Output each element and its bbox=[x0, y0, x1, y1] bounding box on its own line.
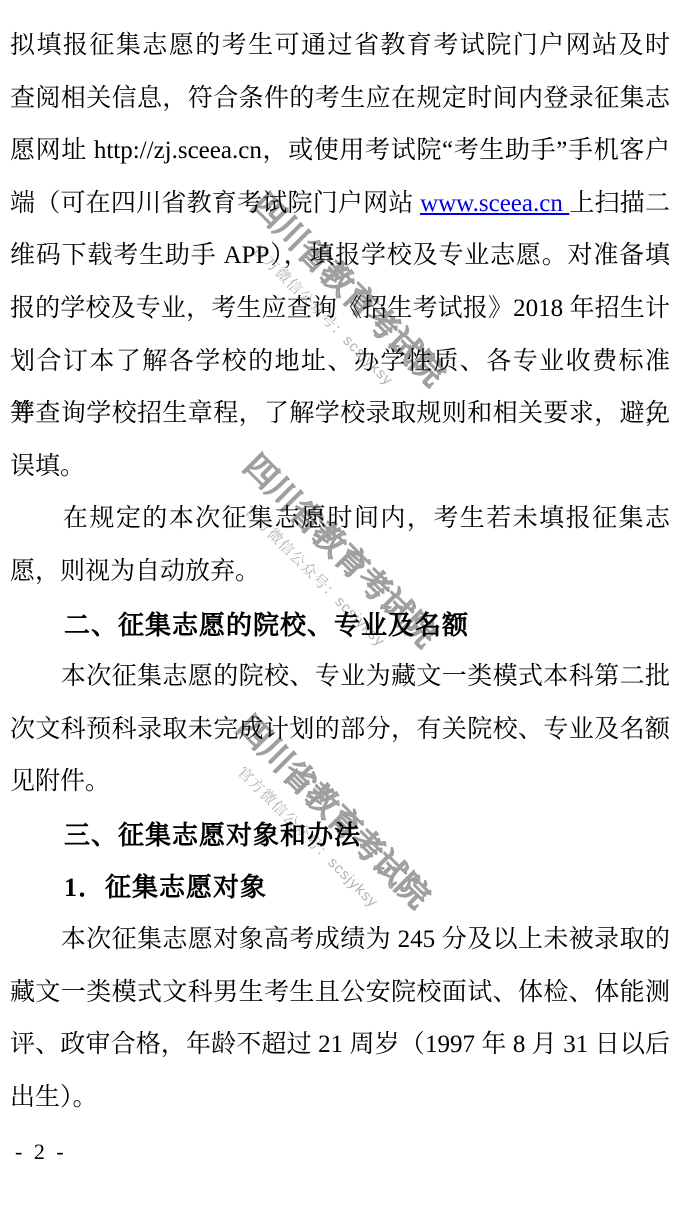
document-lines: 拟填报征集志愿的考生可通过省教育考试院门户网站及时查阅相关信息，符合条件的考生应… bbox=[10, 20, 670, 1124]
text-segment: 端（可在四川省教育考试院门户网站 bbox=[10, 190, 420, 217]
text-segment: 三、征集志愿对象和办法 bbox=[10, 820, 361, 850]
text-line: 三、征集志愿对象和办法 bbox=[10, 809, 670, 862]
text-line: 次文科预科录取未完成计划的部分，有关院校、专业及名额 bbox=[10, 704, 670, 757]
text-line: 在规定的本次征集志愿时间内，考生若未填报征集志 bbox=[10, 493, 670, 546]
text-segment: 在规定的本次征集志愿时间内，考生若未填报征集志 bbox=[10, 505, 670, 532]
text-segment: 维码下载考生助手 APP），填报学校及专业志愿。对准备填 bbox=[10, 242, 670, 269]
text-segment: 1．征集志愿对象 bbox=[10, 873, 267, 902]
text-line: 划合订本了解各学校的地址、办学性质、各专业收费标准等， bbox=[10, 336, 670, 389]
text-segment: 报的学校及专业，考生应查询《招生考试报》2018 年招生计 bbox=[10, 295, 670, 322]
document-page: 四川省教育考试院 官方微信公众号：scsjyksy 四川省教育考试院 官方微信公… bbox=[0, 0, 680, 1205]
text-segment: 藏文一类模式文科男生考生且公安院校面试、体检、体能测 bbox=[10, 979, 670, 1006]
document-content: 拟填报征集志愿的考生可通过省教育考试院门户网站及时查阅相关信息，符合条件的考生应… bbox=[0, 0, 680, 1166]
text-segment: 本次征集志愿对象高考成绩为 245 分及以上未被录取的 bbox=[10, 926, 670, 953]
text-line: 查阅相关信息，符合条件的考生应在规定时间内登录征集志 bbox=[10, 73, 670, 126]
text-segment: 查阅相关信息，符合条件的考生应在规定时间内登录征集志 bbox=[10, 85, 670, 112]
text-line: 藏文一类模式文科男生考生且公安院校面试、体检、体能测 bbox=[10, 967, 670, 1020]
text-segment: 本次征集志愿的院校、专业为藏文一类模式本科第二批 bbox=[10, 663, 670, 690]
text-segment: 次文科预科录取未完成计划的部分，有关院校、专业及名额 bbox=[10, 716, 670, 743]
text-line: 本次征集志愿对象高考成绩为 245 分及以上未被录取的 bbox=[10, 914, 670, 967]
text-line: 端（可在四川省教育考试院门户网站 www.sceea.cn 上扫描二 bbox=[10, 178, 670, 231]
text-line: 报的学校及专业，考生应查询《招生考试报》2018 年招生计 bbox=[10, 283, 670, 336]
text-segment: 评、政审合格，年龄不超过 21 周岁（1997 年 8 月 31 日以后 bbox=[10, 1031, 670, 1058]
text-line: 见附件。 bbox=[10, 756, 670, 809]
text-line: 愿网址 http://zj.sceea.cn，或使用考试院“考生助手”手机客户 bbox=[10, 125, 670, 178]
text-segment: 愿网址 http://zj.sceea.cn，或使用考试院“考生助手”手机客户 bbox=[10, 137, 670, 164]
text-line: 维码下载考生助手 APP），填报学校及专业志愿。对准备填 bbox=[10, 230, 670, 283]
text-segment: 二、征集志愿的院校、专业及名额 bbox=[10, 610, 469, 640]
text-segment: 出生）。 bbox=[10, 1084, 98, 1111]
text-line: 1．征集志愿对象 bbox=[10, 862, 670, 915]
text-segment: 拟填报征集志愿的考生可通过省教育考试院门户网站及时 bbox=[10, 32, 670, 59]
text-line: 评、政审合格，年龄不超过 21 周岁（1997 年 8 月 31 日以后 bbox=[10, 1019, 670, 1072]
text-line: 出生）。 bbox=[10, 1072, 670, 1125]
text-line: 二、征集志愿的院校、专业及名额 bbox=[10, 599, 670, 652]
sceea-website-link[interactable]: www.sceea.cn bbox=[420, 190, 569, 217]
text-line: 误填。 bbox=[10, 441, 670, 494]
text-segment: 愿，则视为自动放弃。 bbox=[10, 558, 260, 585]
page-number: - 2 - bbox=[10, 1138, 670, 1166]
text-line: 并查询学校招生章程，了解学校录取规则和相关要求，避免 bbox=[10, 388, 670, 441]
text-line: 愿，则视为自动放弃。 bbox=[10, 546, 670, 599]
text-segment: 并查询学校招生章程，了解学校录取规则和相关要求，避免 bbox=[10, 400, 670, 427]
text-segment: 上扫描二 bbox=[569, 190, 670, 217]
text-segment: 误填。 bbox=[10, 453, 85, 480]
text-line: 拟填报征集志愿的考生可通过省教育考试院门户网站及时 bbox=[10, 20, 670, 73]
text-line: 本次征集志愿的院校、专业为藏文一类模式本科第二批 bbox=[10, 651, 670, 704]
text-segment: 见附件。 bbox=[10, 768, 110, 795]
